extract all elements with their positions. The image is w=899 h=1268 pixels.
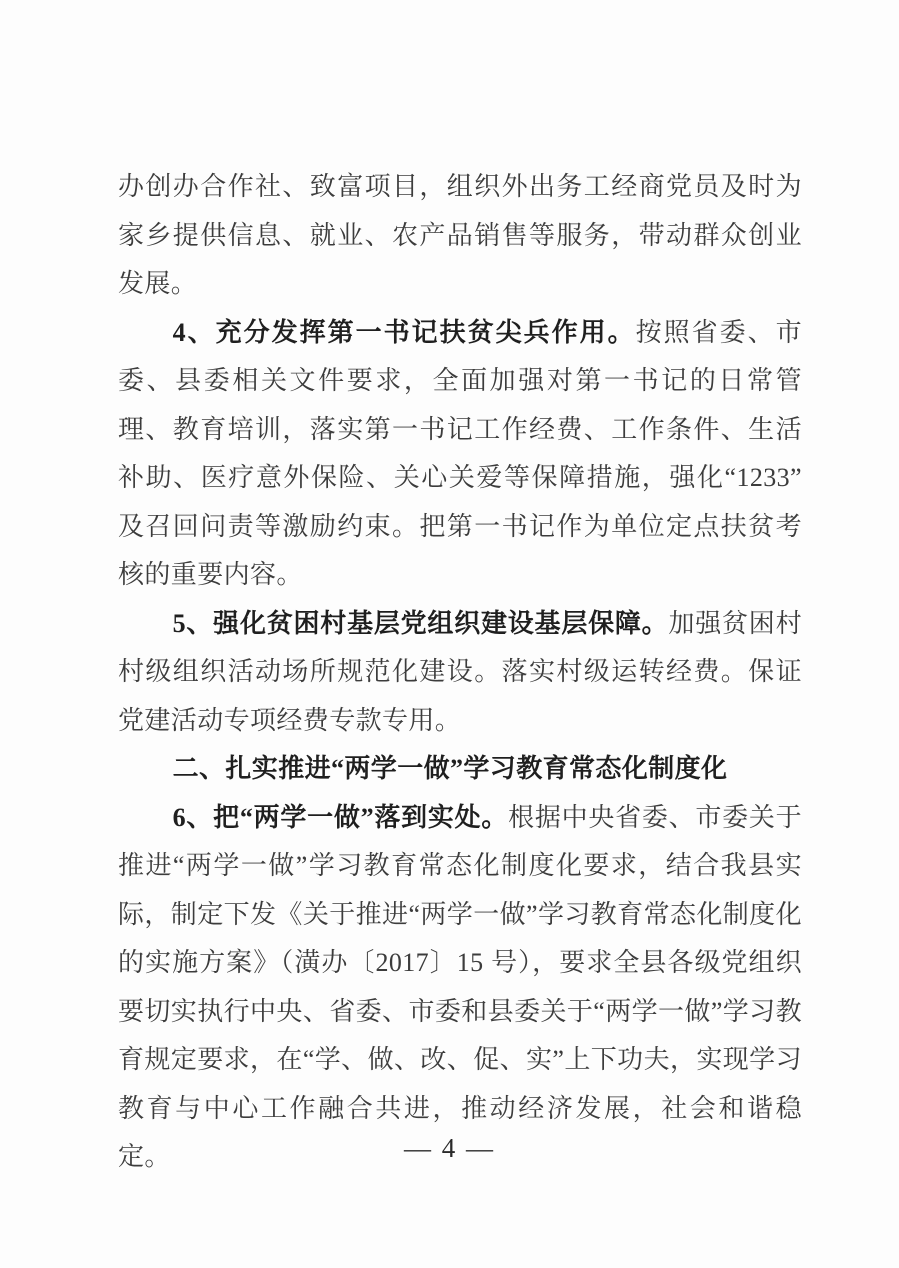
document-body: 办创办合作社、致富项目，组织外出务工经商党员及时为家乡提供信息、就业、农产品销售… <box>118 163 802 1182</box>
paragraph-lead: 5、强化贫困村基层党组织建设基层保障。 <box>173 609 669 638</box>
section-heading-text: 二、扎实推进“两学一做”学习教育常态化制度化 <box>173 754 728 783</box>
paragraph-continuation: 办创办合作社、致富项目，组织外出务工经商党员及时为家乡提供信息、就业、农产品销售… <box>118 163 802 309</box>
paragraph-text: 根据中央省委、市委关于推进“两学一做”学习教育常态化制度化要求，结合我县实际，制… <box>118 803 802 1172</box>
section-heading-2: 二、扎实推进“两学一做”学习教育常态化制度化 <box>118 745 802 794</box>
paragraph-item-6: 6、把“两学一做”落到实处。根据中央省委、市委关于推进“两学一做”学习教育常态化… <box>118 794 802 1182</box>
paragraph-text: 办创办合作社、致富项目，组织外出务工经商党员及时为家乡提供信息、就业、农产品销售… <box>118 172 802 298</box>
page-footer: — 4 — <box>0 1128 899 1168</box>
paragraph-item-4: 4、充分发挥第一书记扶贫尖兵作用。按照省委、市委、县委相关文件要求，全面加强对第… <box>118 309 802 600</box>
document-page: 办创办合作社、致富项目，组织外出务工经商党员及时为家乡提供信息、就业、农产品销售… <box>0 0 899 1268</box>
paragraph-lead: 4、充分发挥第一书记扶贫尖兵作用。 <box>173 318 636 347</box>
paragraph-text: 按照省委、市委、县委相关文件要求，全面加强对第一书记的日常管理、教育培训，落实第… <box>118 318 802 590</box>
paragraph-item-5: 5、强化贫困村基层党组织建设基层保障。加强贫困村村级组织活动场所规范化建设。落实… <box>118 600 802 746</box>
page-number: — 4 — <box>404 1133 495 1163</box>
paragraph-lead: 6、把“两学一做”落到实处。 <box>173 803 509 832</box>
